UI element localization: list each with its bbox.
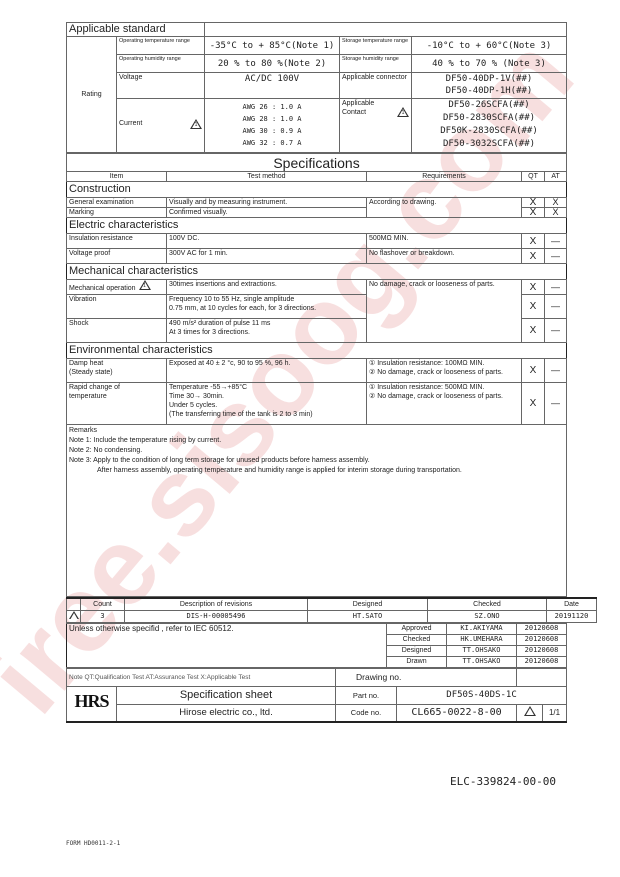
spec-qt: X: [522, 319, 545, 343]
spec-row: Damp heat(Steady state)Exposed at 40 ± 2…: [67, 359, 567, 383]
connector-values: DF50-40DP-1V(##)DF50-40DP-1H(##): [412, 73, 567, 99]
spec-qt: X: [522, 249, 545, 264]
iec-note: Unless otherwise specifid , refer to IEC…: [67, 623, 387, 667]
revision-triangle-icon: 1: [139, 280, 151, 294]
spec-item: Damp heat(Steady state): [67, 359, 167, 383]
spec-at: X: [545, 208, 567, 218]
approval-table: Unless otherwise specifid , refer to IEC…: [66, 623, 567, 668]
section-title: Mechanical characteristics: [67, 264, 567, 280]
spec-qt: X: [522, 198, 545, 208]
voltage-value: AC/DC 100V: [205, 73, 340, 99]
revision-row: 3 DIS-H-00005496 HT.SATO SZ.ONO 20191120: [67, 610, 597, 622]
header-qt: QT: [522, 172, 545, 182]
op-temp-value: -35°C to + 85°C(Note 1): [205, 37, 340, 55]
doc-title: Specification sheet: [117, 686, 336, 704]
spec-requirement: According to drawing.: [367, 198, 522, 218]
spec-item: Vibration: [67, 295, 167, 319]
spec-test-method: Frequency 10 to 55 Hz, single amplitude0…: [167, 295, 367, 319]
header-item: Item: [67, 172, 167, 182]
revision-triangle-icon: [517, 704, 543, 722]
code-no-label: Code no.: [336, 704, 397, 722]
revision-triangle-icon: 1: [397, 107, 409, 121]
applicable-standard-label: Applicable standard: [67, 23, 205, 37]
remark-note: Note 3: Apply to the condition of long t…: [69, 456, 564, 466]
spec-qt: X: [522, 280, 545, 295]
approval-role: Drawn: [387, 656, 447, 667]
rev-header-date: Date: [547, 598, 597, 610]
section-title: Environmental characteristics: [67, 343, 567, 359]
contact-values: DF50-26SCFA(##)DF50-2830SCFA(##)DF50K-28…: [412, 99, 567, 153]
spec-requirement: ① Insulation resistance: 500MΩ MIN.② No …: [367, 383, 522, 425]
header-at: AT: [545, 172, 567, 182]
rev-designed: HT.SATO: [308, 610, 428, 622]
spec-qt: X: [522, 383, 545, 425]
section-header: Environmental characteristics: [67, 343, 567, 359]
spec-test-method: 100V DC.: [167, 234, 367, 249]
voltage-label: Voltage: [117, 73, 205, 99]
st-temp-value: -10°C to + 60°C(Note 3): [412, 37, 567, 55]
approval-role: Checked: [387, 634, 447, 645]
spec-at: —: [545, 359, 567, 383]
approval-row: Unless otherwise specifid , refer to IEC…: [67, 623, 567, 634]
rev-desc: DIS-H-00005496: [125, 610, 308, 622]
spec-row: Rapid change oftemperatureTemperature -5…: [67, 383, 567, 425]
specifications-table: Specifications Item Test method Requirem…: [66, 153, 567, 597]
spec-row: Mechanical operation130times insertions …: [67, 280, 567, 295]
hrs-logo: HRS: [67, 686, 117, 722]
approval-role: Designed: [387, 645, 447, 656]
approval-date: 20120608: [517, 623, 567, 634]
section-header: Mechanical characteristics: [67, 264, 567, 280]
remarks-title: Remarks: [69, 426, 564, 436]
approval-date: 20120608: [517, 656, 567, 667]
spec-requirement: ① Insulation resistance: 100MΩ MIN.② No …: [367, 359, 522, 383]
remarks-notes: Note 1: Include the temperature rising b…: [69, 436, 564, 476]
spec-at: —: [545, 280, 567, 295]
spec-item: Marking: [67, 208, 167, 218]
current-cell: Current 1: [117, 99, 205, 153]
approval-name: TT.OHSAKO: [447, 656, 517, 667]
spec-sheet: Applicable standard Rating Operating tem…: [66, 22, 566, 723]
st-temp-label: Storage temperature range: [340, 37, 412, 55]
op-temp-label: Operating temperature range: [117, 37, 205, 55]
rev-checked: SZ.ONO: [428, 610, 547, 622]
spec-qt: X: [522, 208, 545, 218]
spec-item: Shock: [67, 319, 167, 343]
st-hum-label: Storage humidity range: [340, 55, 412, 73]
spec-item: Mechanical operation1: [67, 280, 167, 295]
spec-qt: X: [522, 359, 545, 383]
revisions-table: Count Description of revisions Designed …: [66, 597, 597, 623]
remark-note: Note 1: Include the temperature rising b…: [69, 436, 564, 446]
approval-role: Approved: [387, 623, 447, 634]
spec-test-method: 300V AC for 1 min.: [167, 249, 367, 264]
legend-note: Note QT:Qualification Test AT:Assurance …: [67, 668, 336, 686]
drawing-no-label: Drawing no.: [336, 668, 517, 686]
spec-item: Insulation resistance: [67, 234, 167, 249]
spec-qt: X: [522, 295, 545, 319]
rev-count: 3: [81, 610, 125, 622]
spec-test-method: Exposed at 40 ± 2 °c, 90 to 95 %, 96 h.: [167, 359, 367, 383]
section-title: Construction: [67, 182, 567, 198]
revision-triangle-icon: [67, 610, 81, 622]
spec-row: Insulation resistance100V DC.500MΩ MIN.X…: [67, 234, 567, 249]
spec-item: Voltage proof: [67, 249, 167, 264]
spec-qt: X: [522, 234, 545, 249]
applicable-standard-table: Applicable standard Rating Operating tem…: [66, 22, 567, 153]
spec-test-method: 490 m/s² duration of pulse 11 msAt 3 tim…: [167, 319, 367, 343]
spec-requirement: No flashover or breakdown.: [367, 249, 522, 264]
approval-name: HK.UMEHARA: [447, 634, 517, 645]
current-values: AWG 26 : 1.0 AAWG 28 : 1.0 AAWG 30 : 0.9…: [205, 99, 340, 153]
section-title: Electric characteristics: [67, 218, 567, 234]
section-header: Construction: [67, 182, 567, 198]
header-test-method: Test method: [167, 172, 367, 182]
spec-at: —: [545, 234, 567, 249]
current-label: Current: [119, 120, 142, 127]
title-block: Note QT:Qualification Test AT:Assurance …: [66, 668, 567, 724]
rating-label: Rating: [67, 37, 117, 153]
remarks: Remarks Note 1: Include the temperature …: [67, 425, 567, 597]
spec-test-method: Visually and by measuring instrument.: [167, 198, 367, 208]
spec-at: —: [545, 319, 567, 343]
spec-requirement: 500MΩ MIN.: [367, 234, 522, 249]
rev-header-count: Count: [81, 598, 125, 610]
contact-cell: 1 Applicable Contact: [340, 99, 412, 153]
st-hum-value: 40 % to 70 % (Note 3): [412, 55, 567, 73]
approval-name: TT.OHSAKO: [447, 645, 517, 656]
part-no-label: Part no.: [336, 686, 397, 704]
form-id: FORM HD0011-2-1: [66, 840, 120, 847]
spec-item: General examination: [67, 198, 167, 208]
spec-body: ConstructionGeneral examinationVisually …: [67, 182, 567, 425]
spec-at: —: [545, 249, 567, 264]
spec-at: X: [545, 198, 567, 208]
spec-row: Voltage proof300V AC for 1 min.No flasho…: [67, 249, 567, 264]
connector-label: Applicable connector: [340, 73, 412, 99]
page-number: 1/1: [543, 704, 567, 722]
header-requirements: Requirements: [367, 172, 522, 182]
spec-item: Rapid change oftemperature: [67, 383, 167, 425]
rev-header-desc: Description of revisions: [125, 598, 308, 610]
company-name: Hirose electric co., ltd.: [117, 704, 336, 722]
spec-test-method: Temperature -55→+85°CTime 30→ 30min.Unde…: [167, 383, 367, 425]
section-header: Electric characteristics: [67, 218, 567, 234]
rev-header-checked: Checked: [428, 598, 547, 610]
specifications-title: Specifications: [67, 154, 567, 172]
contact-label: Applicable Contact: [342, 99, 378, 117]
drawing-no: ELC-339824-00-00: [450, 775, 556, 788]
spec-at: —: [545, 383, 567, 425]
rev-date: 20191120: [547, 610, 597, 622]
remark-note: Note 2: No condensing.: [69, 446, 564, 456]
approval-date: 20120608: [517, 634, 567, 645]
revision-triangle-icon: 1: [190, 119, 202, 133]
approval-name: KI.AKIYAMA: [447, 623, 517, 634]
part-no: DF50S-40DS-1C: [397, 686, 567, 704]
code-no: CL665-0022-8-00: [397, 704, 517, 722]
op-hum-value: 20 % to 80 %(Note 2): [205, 55, 340, 73]
spec-requirement: No damage, crack or looseness of parts.: [367, 280, 522, 343]
rev-header-designed: Designed: [308, 598, 428, 610]
remark-note: After harness assembly, operating temper…: [69, 466, 564, 476]
spec-at: —: [545, 295, 567, 319]
approval-date: 20120608: [517, 645, 567, 656]
spec-test-method: 30times insertions and extractions.: [167, 280, 367, 295]
spec-row: General examinationVisually and by measu…: [67, 198, 567, 208]
spec-test-method: Confirmed visually.: [167, 208, 367, 218]
op-hum-label: Operating humidity range: [117, 55, 205, 73]
